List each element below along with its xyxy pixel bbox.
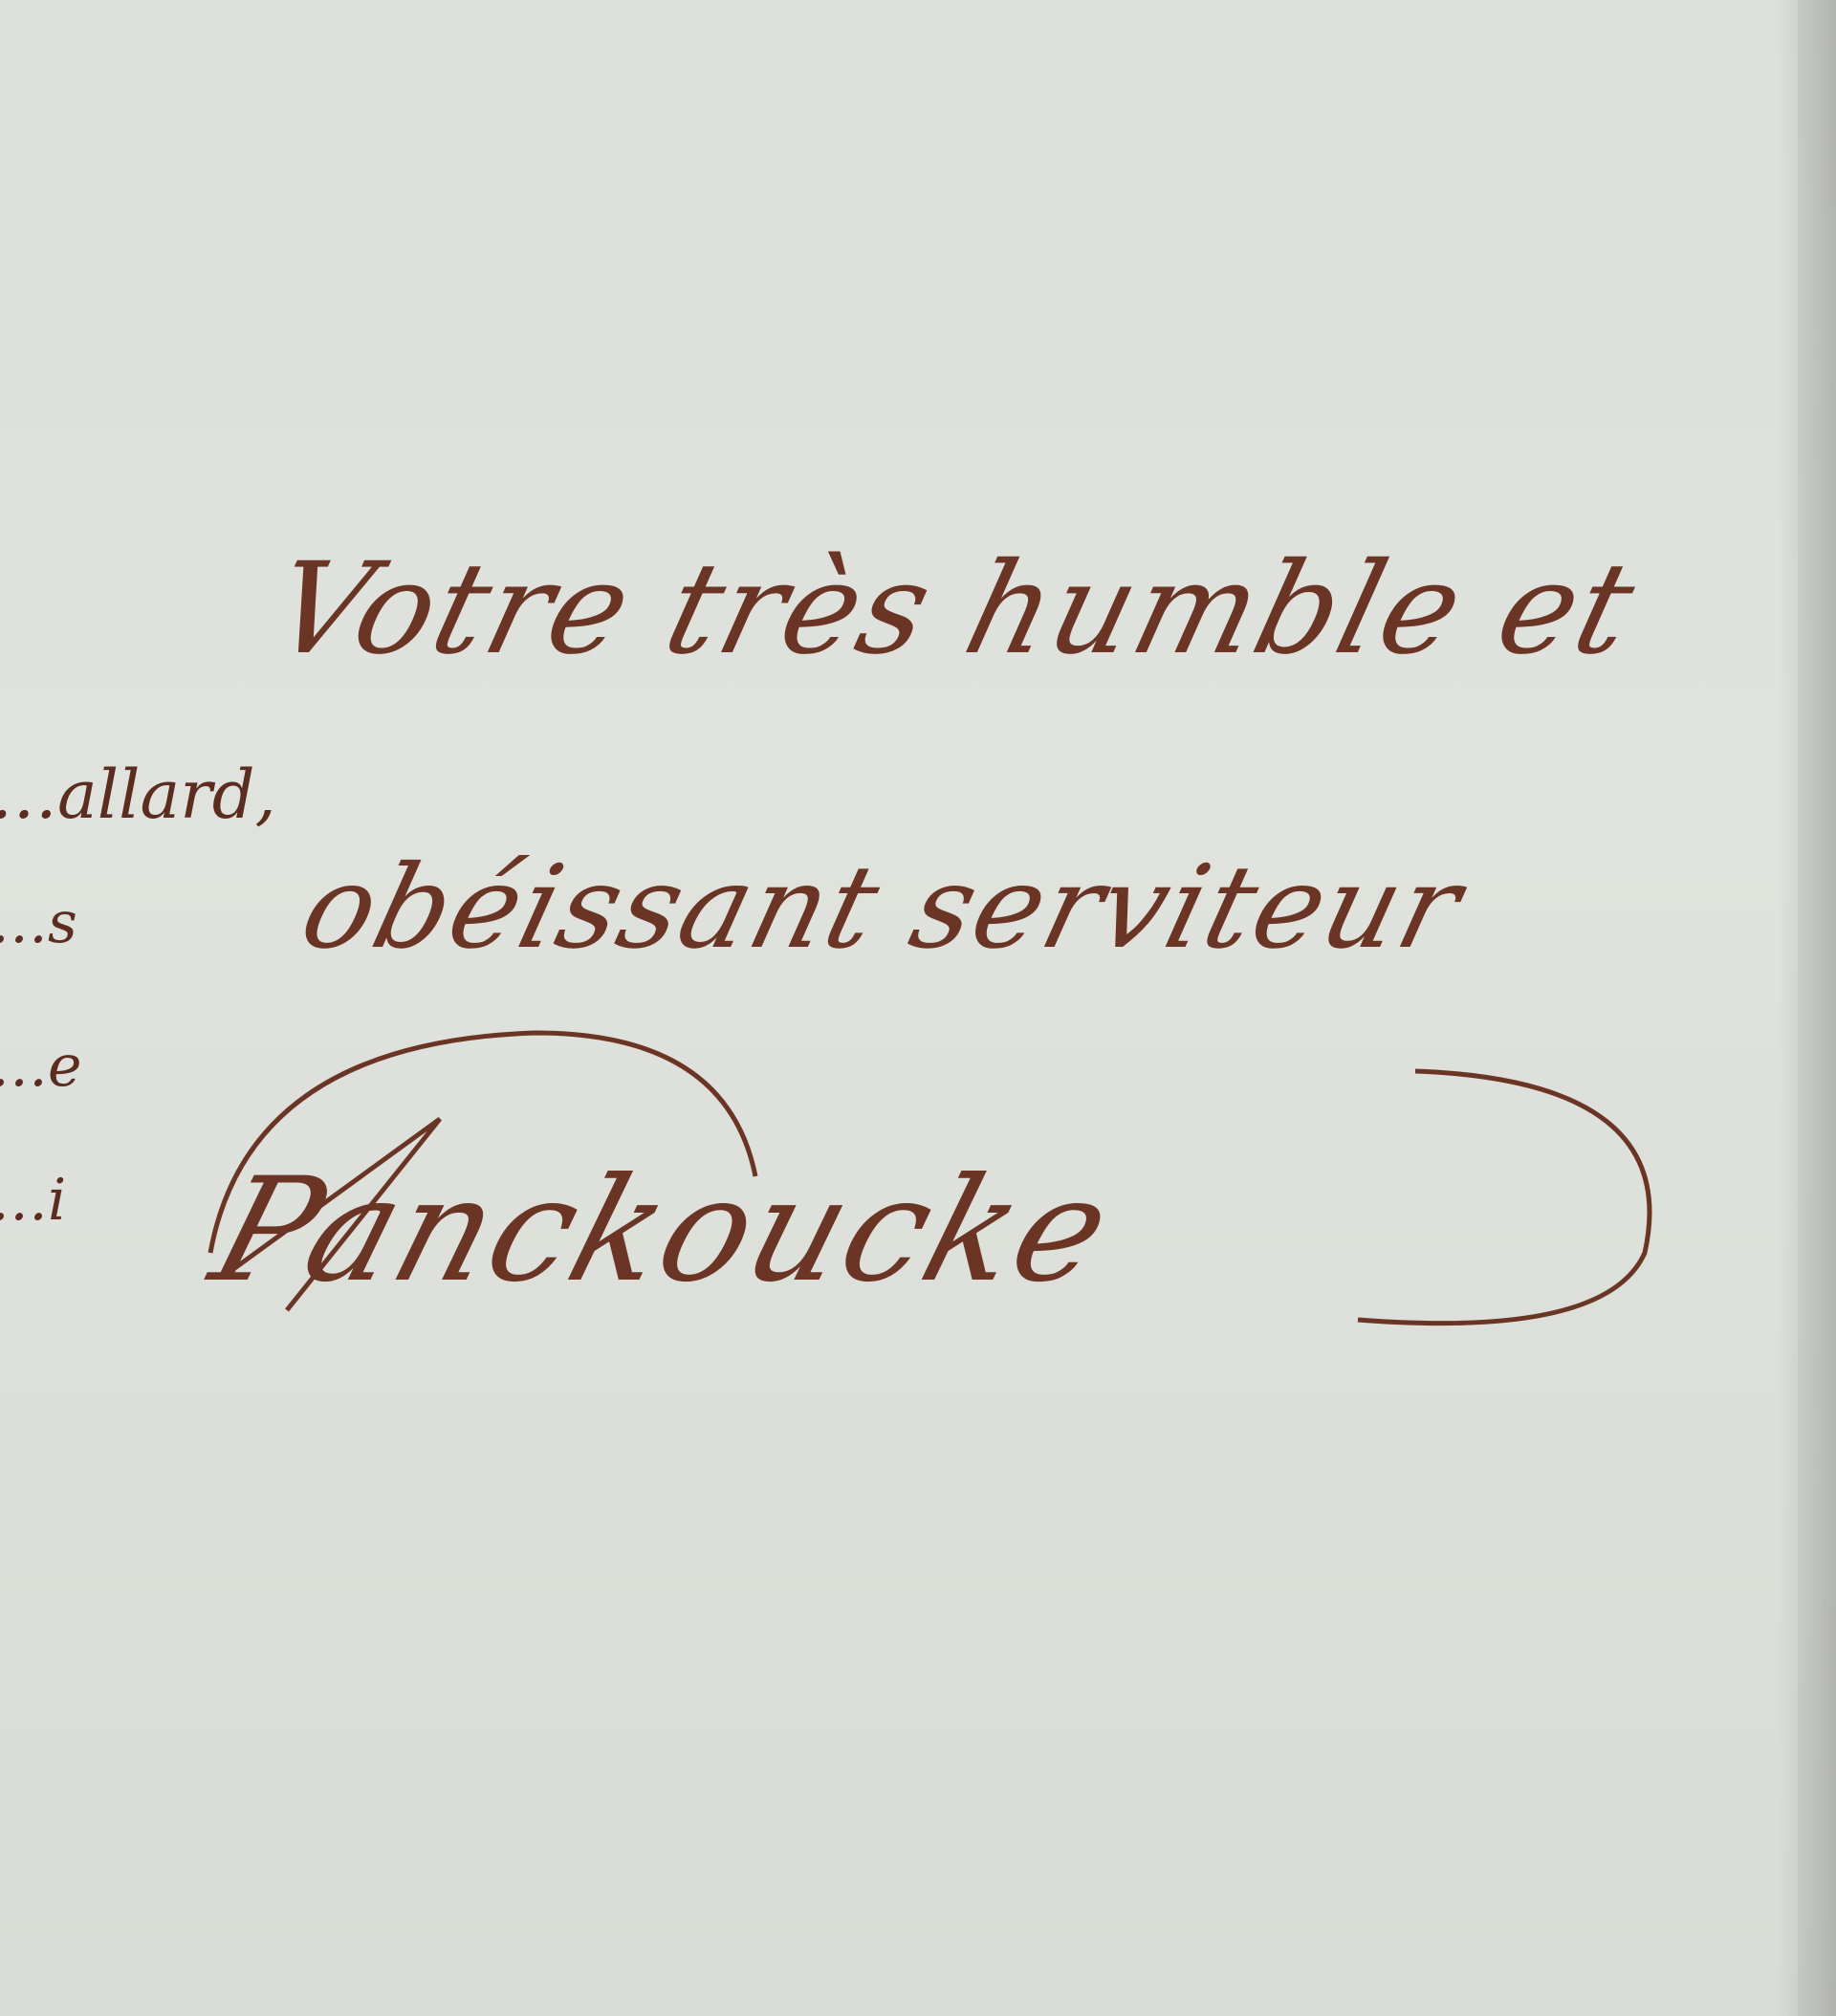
margin-fragment: …i <box>0 1167 66 1234</box>
margin-fragment: …s <box>0 889 77 956</box>
closing-line-1: Votre très humble et <box>259 536 1650 683</box>
closing-line-2: obéissant serviteur <box>290 842 1475 975</box>
paper-sheet <box>0 0 1798 2016</box>
margin-fragment: …allard, <box>0 756 276 834</box>
margin-fragment: …e <box>0 1033 82 1100</box>
signature: Panckoucke <box>196 1148 1129 1314</box>
paper-edge <box>1779 0 1836 2016</box>
